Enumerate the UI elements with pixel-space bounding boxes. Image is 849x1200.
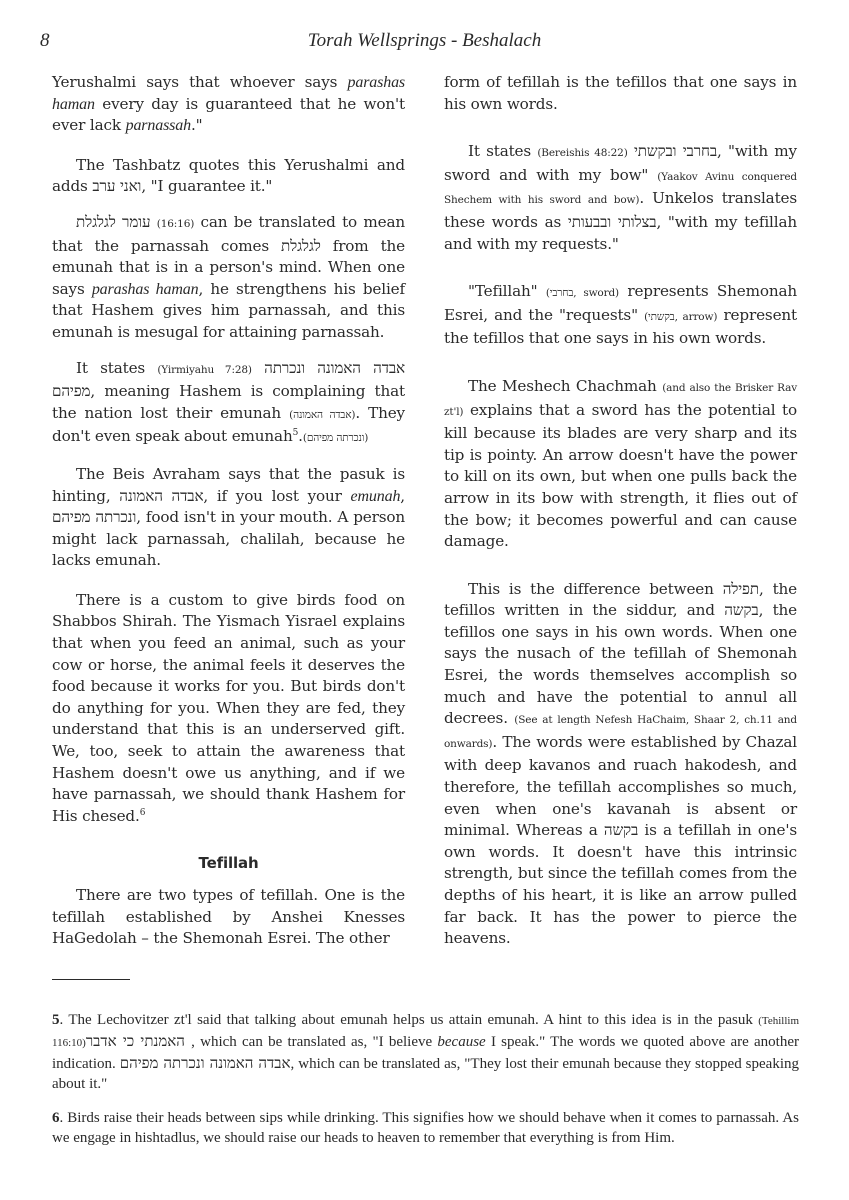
paragraph: It states (Yirmiyahu 7:28) אבדה האמונה ו… (52, 358, 405, 450)
paragraph: The Meshech Chachmah (and also the Brisk… (444, 376, 797, 553)
hebrew-quote: אבדה האמונה ונכרתה מפיהם (120, 1054, 291, 1072)
paragraph: form of tefillah is the tefillos that on… (444, 72, 797, 115)
paragraph: Yerushalmi says that whoever says parash… (52, 72, 405, 137)
text: . The Lechovitzer zt'l said that talking… (60, 1012, 759, 1028)
paragraph: It states (Bereishis 48:22) בחרבי ובקשתי… (444, 141, 797, 255)
footnote-number: 5 (52, 1012, 60, 1028)
paragraph: The Tashbatz quotes this Yerushalmi and … (52, 155, 405, 198)
footnote-number: 6 (52, 1110, 60, 1126)
citation: (בחרבי, sword) (546, 287, 619, 299)
citation: (בקשתי, arrow) (644, 311, 717, 323)
text: ." (191, 116, 203, 134)
italic-term: parnassah (126, 117, 191, 134)
text: , the tefillos one says in his own words… (444, 601, 797, 727)
paragraph: The Beis Avraham says that the pasuk is … (52, 464, 405, 572)
text: "Tefillah" (468, 282, 546, 300)
footnotes: 5. The Lechovitzer zt'l said that talkin… (52, 1010, 799, 1162)
citation: (16:16) (157, 218, 194, 230)
page-header: 8 Torah Wellsprings - Beshalach (40, 30, 809, 60)
paragraph: This is the difference between תפילה, th… (444, 579, 797, 950)
text: , if you lost your (203, 487, 350, 505)
hebrew-quote: תפילה (723, 580, 759, 598)
hebrew-quote: בקשה (724, 601, 758, 619)
hebrew-quote: ונכרתה מפיהם (52, 508, 136, 526)
footnote-5: 5. The Lechovitzer zt'l said that talkin… (52, 1010, 799, 1094)
hebrew-quote: האמנתי כי אדבר (86, 1032, 191, 1050)
italic-term: emunah (351, 488, 401, 505)
hebrew-quote: ואני ערב (92, 177, 141, 195)
text: , (400, 487, 405, 505)
text: explains that a sword has the potential … (444, 401, 797, 551)
footnote-divider (52, 979, 130, 980)
paragraph: There is a custom to give birds food on … (52, 590, 405, 828)
right-column: form of tefillah is the tefillos that on… (444, 72, 797, 964)
citation: (ונכרתה מפיהם) (303, 432, 368, 444)
hebrew-quote: בקשה (604, 821, 638, 839)
running-title: Torah Wellsprings - Beshalach (40, 30, 809, 52)
citation: (Bereishis 48:22) (537, 147, 627, 159)
citation: (אבדה האמונה) (289, 409, 355, 421)
hebrew-quote: לגלגלת (281, 237, 321, 255)
italic-term: parashas haman (92, 281, 199, 298)
hebrew-quote: בצלותי ובבעותי (568, 213, 657, 231)
text: This is the difference between (468, 580, 723, 598)
text: every day is guaranteed that he won't ev… (52, 95, 405, 135)
text: It states (468, 142, 537, 160)
text: The Meshech Chachmah (468, 377, 662, 395)
text: Yerushalmi says that whoever says (52, 73, 348, 91)
footnote-ref[interactable]: 6 (140, 808, 146, 818)
footnote-6: 6. Birds raise their heads between sips … (52, 1108, 799, 1148)
hebrew-quote: בחרבי ובקשתי (634, 142, 717, 160)
text: There is a custom to give birds food on … (52, 591, 405, 825)
hebrew-quote: עומר לגלגלת (76, 213, 150, 231)
section-heading: Tefillah (52, 853, 405, 875)
text: is a tefillah in one's own words. It doe… (444, 821, 797, 947)
paragraph: "Tefillah" (בחרבי, sword) represents She… (444, 281, 797, 350)
left-column: Yerushalmi says that whoever says parash… (52, 72, 405, 964)
paragraph: There are two types of tefillah. One is … (52, 885, 405, 950)
citation: (Yirmiyahu 7:28) (157, 364, 252, 376)
paragraph: עומר לגלגלת (16:16) can be translated to… (52, 212, 405, 344)
text: , which can be translated as, "I believe (191, 1034, 437, 1050)
text: . Birds raise their heads between sips w… (52, 1110, 799, 1146)
italic-term: because (437, 1034, 485, 1050)
text: It states (76, 359, 157, 377)
hebrew-quote: אבדה האמונה (119, 487, 203, 505)
text: , "I guarantee it." (141, 177, 272, 195)
